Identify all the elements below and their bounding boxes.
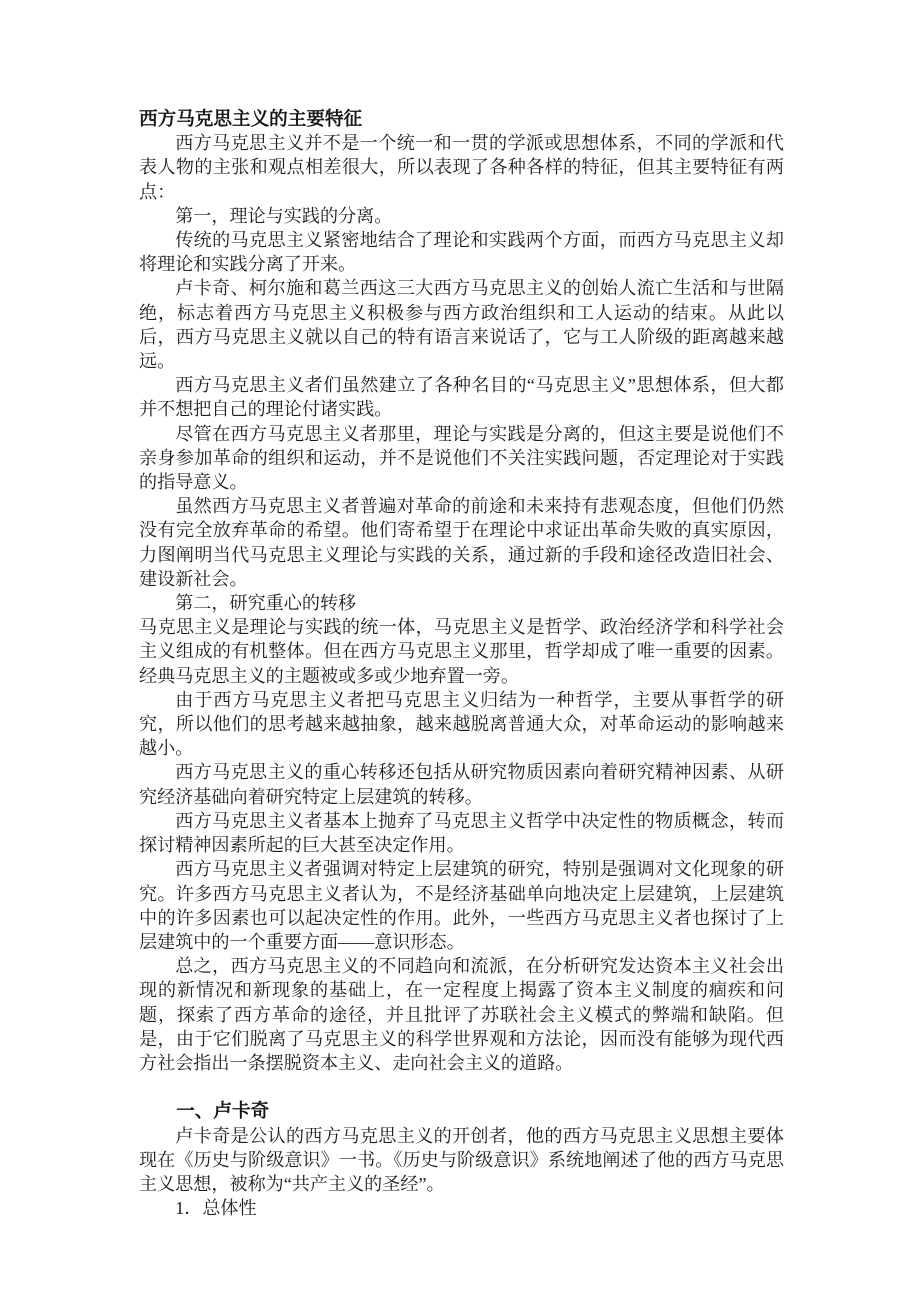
body-paragraph: 西方马克思主义者们虽然建立了各种名目的“马克思主义”思想体系，但大都并不想把自己… — [139, 373, 784, 421]
body-paragraph: 第一，理论与实践的分离。 — [139, 204, 784, 228]
body-paragraph: 西方马克思主义者强调对特定上层建筑的研究，特别是强调对文化现象的研究。许多西方马… — [139, 857, 784, 954]
section-heading-lukacs: 一、卢卡奇 — [139, 1099, 784, 1123]
document-page: 西方马克思主义的主要特征 西方马克思主义并不是一个统一和一贯的学派或思想体系，不… — [0, 0, 920, 1302]
body-paragraph: 马克思主义是理论与实践的统一体，马克思主义是哲学、政治经济学和科学社会主义组成的… — [139, 615, 784, 688]
section-paragraph: 卢卡奇是公认的西方马克思主义的开创者，他的西方马克思主义思想主要体现在《历史与阶… — [139, 1124, 784, 1197]
body-paragraph: 西方马克思主义的重心转移还包括从研究物质因素向着研究精神因素、从研究经济基础向着… — [139, 760, 784, 808]
body-paragraph: 西方马克思主义者基本上抛弃了马克思主义哲学中决定性的物质概念，转而探讨精神因素所… — [139, 809, 784, 857]
body-paragraph: 西方马克思主义并不是一个统一和一贯的学派或思想体系，不同的学派和代表人物的主张和… — [139, 131, 784, 204]
document-title: 西方马克思主义的主要特征 — [139, 107, 784, 131]
body-paragraph-subheading: 第二，研究重心的转移 — [139, 591, 784, 615]
section-list-item: 1．总体性 — [139, 1196, 784, 1220]
body-paragraph: 总之，西方马克思主义的不同趋向和流派，在分析研究发达资本主义社会出现的新情况和新… — [139, 954, 784, 1075]
body-paragraph: 传统的马克思主义紧密地结合了理论和实践两个方面，而西方马克思主义却将理论和实践分… — [139, 228, 784, 276]
body-paragraph: 由于西方马克思主义者把马克思主义归结为一种哲学，主要从事哲学的研究，所以他们的思… — [139, 688, 784, 761]
body-paragraph: 卢卡奇、柯尔施和葛兰西这三大西方马克思主义的创始人流亡生活和与世隔绝，标志着西方… — [139, 276, 784, 373]
body-paragraph: 尽管在西方马克思主义者那里，理论与实践是分离的，但这主要是说他们不亲身参加革命的… — [139, 422, 784, 495]
document-content: 西方马克思主义的主要特征 西方马克思主义并不是一个统一和一贯的学派或思想体系，不… — [139, 107, 784, 1220]
body-paragraph: 虽然西方马克思主义者普遍对革命的前途和未来持有悲观态度，但他们仍然没有完全放弃革… — [139, 494, 784, 591]
